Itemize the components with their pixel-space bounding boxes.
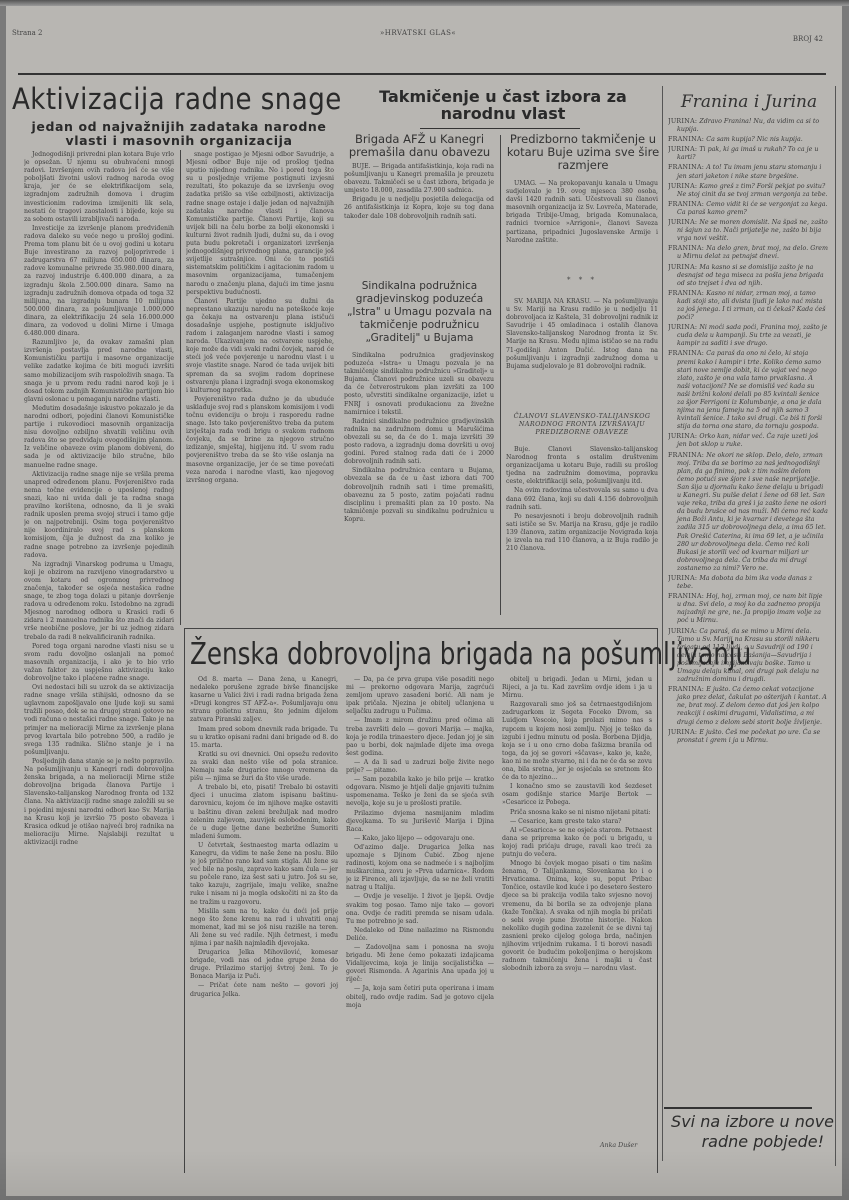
dialogue-line: FRANINA: Ca sam kupija? Nic nis kupija. — [668, 136, 828, 144]
sindikalna-title: Sindikalna podružnica gradjevinskog podu… — [342, 280, 497, 345]
section-separator-stars: * * * — [506, 276, 658, 284]
brigade-afz-text: BUJE. — Brigada antifašistkinja, koja ra… — [344, 163, 494, 255]
slogan-rule — [664, 1107, 812, 1109]
dialogue-box-border — [835, 86, 836, 1166]
dialogue-line: FRANINA: Ca paraš da ono ni čelo, ki sto… — [668, 350, 828, 431]
page-header: Strana 2 »HRVATSKI GLAS« BROJ 42 — [10, 24, 825, 38]
main-article-column-1: Jednogodišnji privredni plan kotara Buje… — [24, 151, 174, 1173]
slavensko-talijanski-subhead: ČLANOVI SLAVENSKO-TALIJANSKOG NARODNOG F… — [506, 412, 658, 436]
dialogue-line: JURINA: Zdravo Franina! Nu, da vidim ca … — [668, 118, 828, 134]
main-article-column-2: snage postigao je Mjesni odbor Savudrije… — [186, 151, 334, 611]
slavensko-talijanski-text: Buje. Članovi Slavensko-talijanskog Naro… — [506, 446, 658, 616]
dialogue-line: FRANINA: E jušto. Ca ćemo cekat votacijo… — [668, 686, 828, 726]
dialogue-line: JURINA: Ne se moren domislit. Na špaš ne… — [668, 219, 828, 243]
pre-election-competition-text: UMAG. — Na prokopavanju kanala u Umagu s… — [506, 180, 658, 268]
women-brigade-column-2: — Da, pa će prva grupa više posaditi neg… — [346, 676, 494, 1152]
sv-marija-text: SV. MARIJA NA KRASU. — Na pošumljivanju … — [506, 298, 658, 408]
women-brigade-column-3: obitelj u brigadi. Jedan u Mirni, jedan … — [502, 676, 652, 1136]
issue-number: BROJ 42 — [793, 35, 823, 43]
dialogue-line: FRANINA: Cemo vidit ki će se vergonjat z… — [668, 201, 828, 217]
dialogue-line: FRANINA: A to! Tu imam jenu staru stoman… — [668, 164, 828, 180]
masthead: »HRVATSKI GLAS« — [380, 29, 456, 37]
sindikalna-text: Sindikalna podružnica gradjevinskog podu… — [344, 352, 494, 614]
women-brigade-column-1: Od 8. marta — Dana žena, u Kanegri, neda… — [190, 676, 338, 1152]
dialogue-line: JURINA: Ma dobota da bim ika voda danas … — [668, 575, 828, 591]
column-divider — [500, 135, 501, 615]
column-divider — [180, 150, 181, 625]
dialogue-line: FRANINA: Na delo gren, brat moj, na delo… — [668, 245, 828, 261]
dialogue-title: Franina i Jurina — [666, 92, 832, 112]
author-signature: Anka Dušer — [600, 1142, 637, 1149]
dialogue-line: JURINA: Ti pak, ki ga imaš u rukah? To c… — [668, 146, 828, 162]
scan-bottom-shade — [0, 1150, 849, 1200]
dialogue-line: FRANINA: Kasno ni nidar, zrman moj, a ta… — [668, 290, 828, 322]
dialogue-text: JURINA: Zdravo Franina! Nu, da vidim ca … — [668, 118, 828, 1110]
dialogue-line: FRANINA: Ne okori ne sklop. Delo, delo, … — [668, 452, 828, 573]
women-brigade-title: Ženska dobrovoljna brigada na pošumljiva… — [190, 637, 751, 672]
dialogue-line: JURINA: E jušto. Ćeš me počekat po ure. … — [668, 729, 828, 745]
brigade-afz-title: Brigada AFŽ u Kanegri premašila danu oba… — [342, 133, 497, 159]
dialogue-line: JURINA: Ma kasno si se domislija zašto j… — [668, 264, 828, 288]
pre-election-competition-title: Predizborno takmičenje u kotaru Buje uzi… — [504, 133, 662, 173]
main-article-title: Aktivizacija radne snage — [12, 82, 342, 116]
dialogue-line: JURINA: Ni moći sada poći, Franina moj, … — [668, 324, 828, 348]
page-number: Strana 2 — [12, 29, 43, 37]
dialogue-line: FRANINA: Hoj, hoj, zrman moj, ce nam bit… — [668, 593, 828, 625]
header-rule — [18, 73, 826, 75]
competition-title-rule — [420, 128, 580, 129]
dialogue-line: JURINA: Kamo greš z tim? Forši pekjat po… — [668, 183, 828, 199]
dialogue-box-border — [662, 86, 663, 1161]
dialogue-line: JURINA: Orko kan, nidar već. Ća raje uze… — [668, 433, 828, 449]
main-article-subtitle: jedan od najvažnijih zadataka narodne vl… — [20, 120, 338, 148]
election-slogan: Svi na izbore u nove radne pobjede! — [664, 1112, 834, 1152]
competition-title: Takmičenje u čast izbora za narodnu vlas… — [342, 88, 664, 122]
